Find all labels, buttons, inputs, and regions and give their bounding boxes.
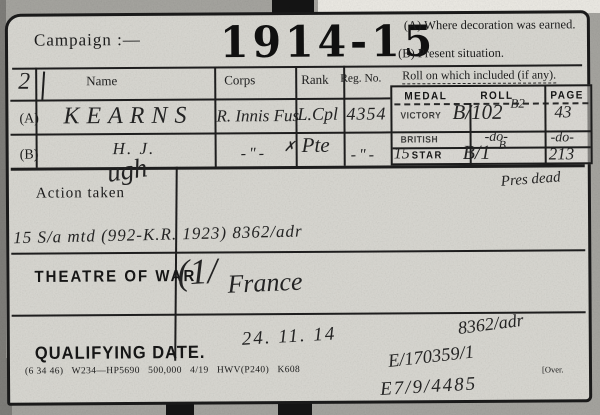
victory-medal-label: VICTORY xyxy=(400,111,441,120)
column-header-reg-no: Reg. No. xyxy=(340,73,381,85)
rule-under-action xyxy=(11,249,585,255)
row-a-corps: R. Innis Fus xyxy=(216,107,299,125)
index-card: Campaign :— 1914-15 (A) Where decoration… xyxy=(5,10,592,406)
column-header-roll: Roll on which included (if any). xyxy=(402,68,556,84)
action-taken-label: Action taken xyxy=(36,186,125,202)
medal-line-col2 xyxy=(544,86,546,164)
qualifying-date-value: 24. 11. 14 xyxy=(241,324,337,348)
medal-roll-table: MEDAL ROLL PAGE VICTORY B/102 B2 43 BRIT… xyxy=(390,84,592,165)
british-page-ditto: -do- xyxy=(551,131,574,145)
note-where-decoration-earned: (A) Where decoration was earned. xyxy=(404,18,576,32)
victory-page-value: 43 xyxy=(554,103,571,120)
row-b-corps: -"- xyxy=(241,146,267,162)
campaign-label: Campaign :— xyxy=(34,31,141,49)
row-b-name-note: ugh xyxy=(105,154,149,187)
row-b-reg-no: -"- xyxy=(351,148,377,164)
table-line-header-bottom xyxy=(10,97,390,101)
rule-under-table xyxy=(11,164,585,171)
corner-mark-stroke xyxy=(41,72,44,100)
reference-number-bottom: E7/9/4485 xyxy=(380,374,478,399)
medal-column-header: MEDAL xyxy=(404,92,447,103)
scan-ink-blot-bottom-left xyxy=(166,404,194,415)
victory-roll-value: B/102 xyxy=(452,102,502,123)
presumed-dead-note: Pres dead xyxy=(500,170,561,189)
star-medal-prefix: 15 xyxy=(394,146,410,162)
star-page-value: 213 xyxy=(549,145,575,162)
qualifying-date-label: QUALIFYING DATE. xyxy=(35,344,206,363)
theatre-value-mark: (1/ xyxy=(176,252,218,290)
row-a-label: (A) xyxy=(19,113,39,127)
star-roll-value: B/1 xyxy=(463,143,491,163)
medal-index-card-scan: Campaign :— 1914-15 (A) Where decoration… xyxy=(0,0,600,415)
table-line-row-separator xyxy=(11,131,391,135)
victory-roll-sup: B2 xyxy=(510,97,525,110)
reference-number-middle: E/170359/1 xyxy=(387,343,475,371)
corner-mark: 2 xyxy=(18,70,30,94)
over-note: [Over. xyxy=(542,365,564,374)
note-present-situation: (B) Present situation. xyxy=(398,47,504,60)
star-medal-label: STAR xyxy=(412,151,443,161)
column-header-corps: Corps xyxy=(224,73,255,86)
page-column-header: PAGE xyxy=(550,91,584,102)
star-roll-sup: B xyxy=(499,139,506,151)
row-b-rank-mark: ✗ xyxy=(284,141,296,155)
theatre-value: France xyxy=(227,269,303,298)
row-b-rank: Pte xyxy=(302,135,330,156)
column-header-rank: Rank xyxy=(301,73,329,86)
british-medal-label: BRITISH xyxy=(401,135,439,144)
row-a-name: KEARNS xyxy=(63,104,193,129)
column-header-name: Name xyxy=(86,74,117,87)
row-a-reg-no: 4354 xyxy=(346,104,386,122)
reference-number-top: 8362/adr xyxy=(457,311,525,337)
action-note-handwritten: 15 S/a mtd (992-K.R. 1923) 8362/adr xyxy=(13,222,303,246)
print-code-line: (6 34 46) W234—HP5690 500,000 4/19 HWV(P… xyxy=(25,366,300,377)
row-a-rank: L.Cpl xyxy=(297,105,338,123)
row-b-label: (B) xyxy=(20,149,39,163)
